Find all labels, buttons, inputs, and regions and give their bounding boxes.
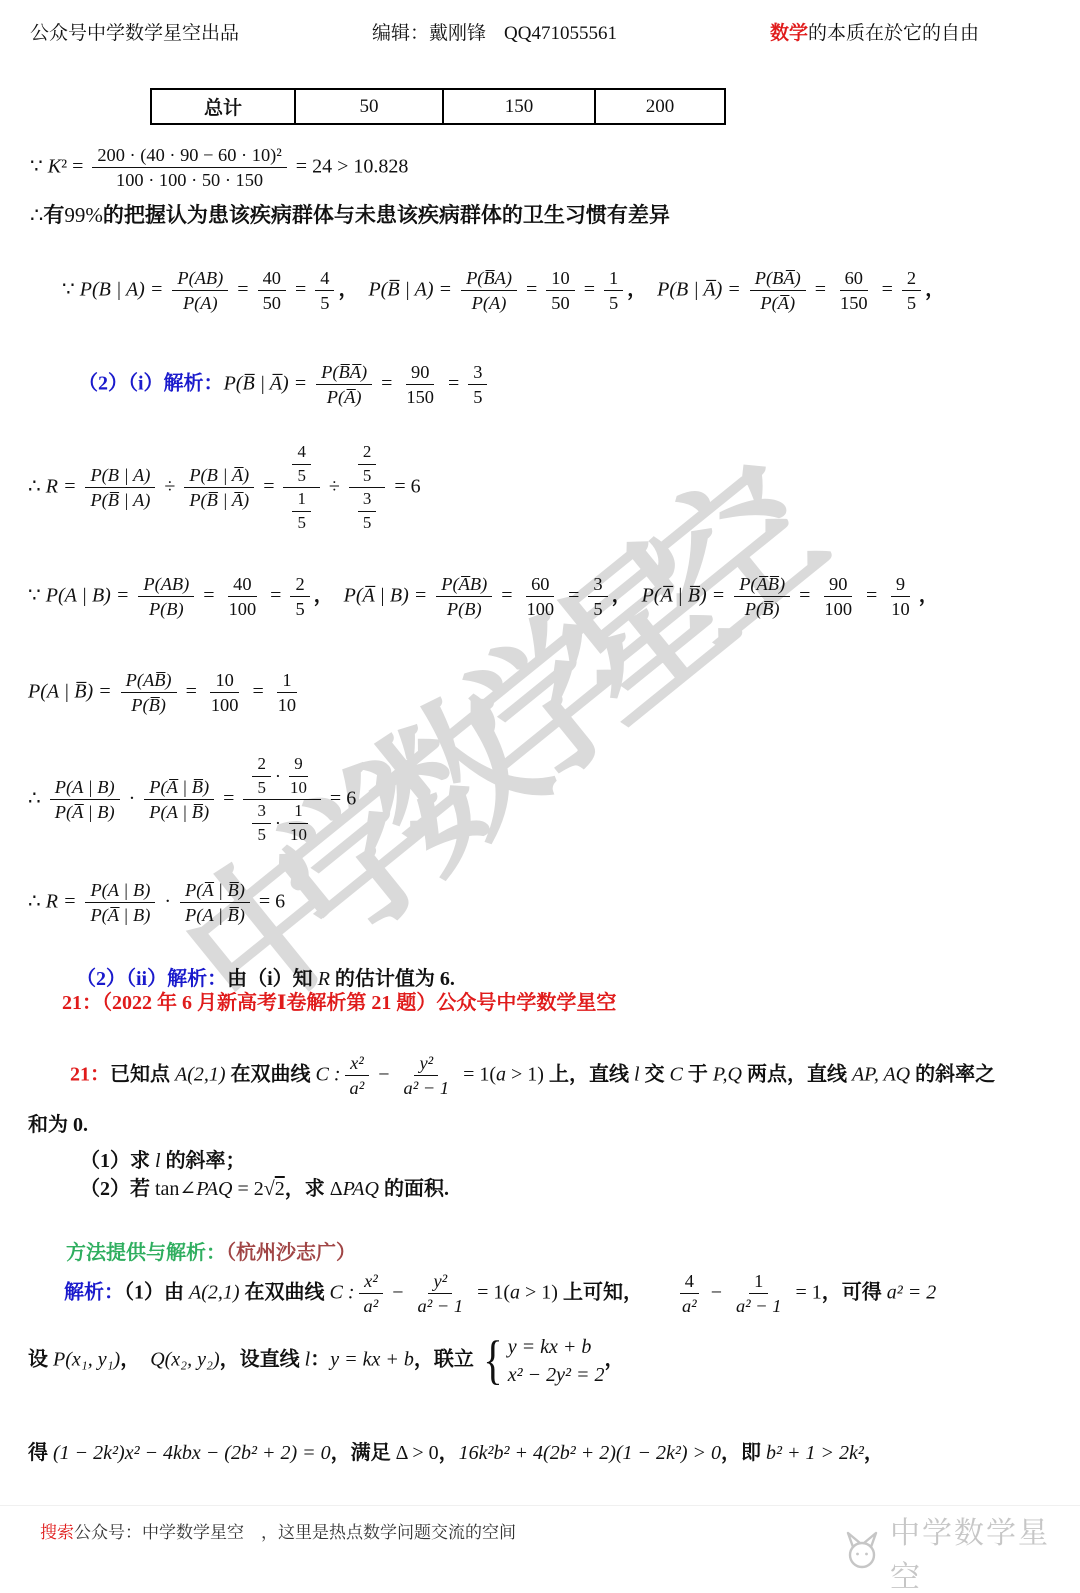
math-seg: 方法提供与解析： [66,1242,226,1264]
math-seg: P(A̅ | B̅) [185,879,245,901]
fraction: 110 [273,669,301,717]
math-seg: > 1) [520,1282,558,1304]
math-seg: a² [350,1077,365,1099]
math-seg: P(x₁, y₁) [53,1349,120,1371]
math-seg: 5 [907,292,916,314]
fraction: P(AB)P(A) [172,267,228,315]
math-seg: = 6 [389,475,420,497]
math-seg: P(B) [442,597,487,620]
math-seg: 2 [907,267,916,289]
math-seg: P(AB) [138,573,194,597]
math-seg: 5 [257,825,265,846]
math-seg: A(2,1) [189,1282,240,1304]
math-seg: 10 [285,824,312,846]
math-seg: ， [925,279,945,301]
fraction: 4515 [283,442,319,534]
math-seg: · [124,787,141,809]
math-seg: 2 [363,442,371,463]
page-footer: 搜索公众号：中学数学星空 ，这里是热点数学问题交流的空间 中学数学星空 [0,1505,1080,1593]
math-seg: P(BA̅) [750,267,806,291]
math-seg: 60 [531,573,549,595]
math-seg: P(B̅ | A̅) = [224,373,313,395]
fraction: P(AB̅)P(B̅) [121,669,177,717]
fraction: x²a² [345,1052,370,1100]
math-seg: P(A̅ | B) [50,800,120,823]
fraction: 40100 [224,573,262,621]
math-seg: ，联立 [414,1349,474,1371]
fraction: y²a² − 1 [413,1270,469,1318]
math-seg: 5 [363,466,371,487]
equation-system: {y = kx + bx² − 2y² = 2 [480,1334,605,1388]
math-seg: 3 [473,361,482,383]
motto-rest: 的本质在於它的自由 [808,23,979,44]
math-seg: 4 [685,1270,694,1292]
math-seg: ，设直线 [220,1349,305,1371]
math-seg: ， [120,1349,150,1371]
fraction: P(A̅ | B̅)P(A | B̅) [144,776,214,824]
math-seg: P(AB̅) [121,669,177,693]
math-seg: 200 · (40 · 90 − 60 · 10)² [97,144,281,166]
fraction: 910 [285,754,312,798]
math-seg: 4 [297,442,305,463]
math-seg: P(A̅ | B) [85,903,155,926]
math-seg: 于 [683,1064,713,1086]
math-seg: 2 [257,754,265,775]
math-seg: 在双曲线 [240,1282,330,1304]
fraction: 110 [285,801,312,845]
math-seg: P(B) [149,598,184,620]
math-seg: x² [364,1270,378,1292]
fraction: 45 [292,442,310,486]
math-seg: 在双曲线 [226,1064,316,1086]
math-seg: ，满足 [331,1442,396,1464]
math-seg: P(B̅) [126,693,171,716]
math-seg: P(B̅ | A) = [368,279,457,301]
math-seg: 10 [290,778,307,799]
math-seg: P(A̅B) [441,573,487,595]
fraction: 35 [588,573,607,621]
math-seg: ， [605,1349,625,1371]
math-seg: 3 [593,573,602,595]
math-seg: 4 [315,267,334,291]
math-seg: = 2√ [233,1178,275,1200]
document-page: 中学数学星空 公众号中学数学星空出品 编辑：戴刚锋QQ471055561 数学的… [0,0,1080,1593]
math-seg: = 1( [458,1064,496,1086]
math-seg: P(B̅A) [466,267,512,289]
math-seg: ， [338,279,368,301]
math-seg: 2 [252,754,270,777]
math-seg: 5 [320,292,329,314]
fraction: 4050 [258,267,286,315]
math-seg: C : [316,1064,341,1086]
fraction: 1a² − 1 [731,1270,787,1318]
footer-search-rest: 公众号：中学数学星空 ，这里是热点数学问题交流的空间 [74,1523,516,1542]
math-seg: P(A̅B) [436,573,492,597]
math-seg: 150 [401,385,439,408]
footer-search-red: 搜索 [40,1523,74,1542]
fraction: 25 [358,442,376,486]
math-seg: ， [314,585,344,607]
solution-setup-system: 设 P(x₁, y₁)， Q(x₂, y₂)，设直线 l：y = kx + b，… [28,1334,625,1388]
math-seg: = [181,681,202,703]
math-seg: (1 − 2k²)x² − 4kbx − (2b² + 2) = 0 [53,1442,331,1464]
math-seg: = [810,279,831,301]
math-seg: P(B̅) [740,597,785,620]
math-seg: 100 [224,597,262,620]
system-row: y = kx + b [508,1334,605,1360]
fraction: 25 [252,754,270,798]
math-seg: a² [359,1294,384,1317]
math-seg: P(AB̅) [126,669,172,691]
math-seg: 5 [363,513,371,534]
fraction: 200 · (40 · 90 − 60 · 10)²100 · 100 · 50… [92,144,286,192]
math-seg: y = kx + bx² − 2y² = 2 [508,1334,605,1388]
fraction: 25 [290,573,309,621]
system-row: x² − 2y² = 2 [508,1362,605,1388]
math-seg: P(B | A) [85,464,155,488]
math-seg: 150 [835,291,873,314]
math-seg: （1）求 [80,1150,155,1172]
question-part-1: （1）求 l 的斜率； [80,1148,246,1174]
math-seg: P(A | B) [90,879,150,901]
math-seg: y² [428,1270,452,1294]
math-seg: 2 [290,573,309,597]
math-seg: 5 [609,292,618,314]
math-seg: ： [310,1349,330,1371]
formula-r-equals-6: ∴ R = P(A | B)P(A̅ | B) · P(A̅ | B̅)P(A … [28,879,285,927]
math-seg: a² [345,1076,370,1099]
math-seg: P,Q [713,1064,742,1086]
solution-quadratic-line: 得 (1 − 2k²)x² − 4kbx − (2b² + 2) = 0，满足 … [28,1440,884,1466]
fraction: x²a² [359,1270,384,1318]
math-seg: K [48,156,61,178]
math-seg: 100 [206,693,244,716]
math-seg: 有 [43,203,64,227]
math-seg: P(A̅ | B) [90,904,150,926]
math-seg: 60 [840,267,868,291]
math-seg: P(A | B̅) = [28,681,117,703]
math-seg: 100 · 100 · 50 · 150 [116,169,263,191]
fraction: 910 [886,573,914,621]
math-seg: 和为 [28,1114,73,1136]
math-seg: P(A̅ | B̅) = [642,585,731,607]
table-cell-col2: 150 [442,90,594,123]
math-seg: C [670,1064,683,1086]
math-seg: a² [677,1294,702,1317]
math-seg: 21：（2022 年 6 月新高考Ⅰ卷解析第 21 题）公众号中学数学星空 [62,992,616,1014]
fraction: P(A̅B)P(B) [436,573,492,621]
fraction: 45 [315,267,334,315]
math-seg: a² − 1 [413,1294,469,1317]
solution-part-1: 解析：（1）由 A(2,1) 在双曲线 C :x²a² − y²a² − 1 =… [64,1270,936,1318]
math-seg: P(B | A̅) = [657,279,746,301]
math-seg: 3 [358,489,376,512]
math-seg: 90 [411,361,429,383]
math-seg: a² − 1 [418,1295,464,1317]
brand-logo: 中学数学星空 [838,1508,1080,1593]
editor-qq: QQ471055561 [504,23,617,44]
math-seg: 两点，直线 [742,1064,852,1086]
math-seg: P(A̅) [760,292,795,314]
left-brace: { [483,1338,502,1384]
math-seg: 90 [406,361,434,385]
math-seg: 100 · 100 · 50 · 150 [111,168,268,191]
math-seg: P(A | B̅) [185,904,245,926]
math-seg: 5 [297,466,305,487]
math-seg: P(AB) [143,573,189,595]
math-seg: 1 [289,801,307,824]
math-seg: 得 [28,1442,53,1464]
math-seg: 50 [258,291,286,314]
fraction: 10100 [206,669,244,717]
fraction: 25 · 91035 · 110 [243,754,320,846]
math-seg: P(A̅ | B) = [344,585,433,607]
conclusion-99-percent: ∴有99%的把握认为患该疾病群体与未患该疾病群体的卫生习惯有差异 [30,202,670,229]
math-seg: 5 [902,291,921,314]
math-seg: 100 [824,598,852,620]
math-seg: = 24 > 10.828 [291,156,409,178]
math-seg: x² [359,1270,383,1294]
fraction: P(B̅A̅)P(A̅) [316,361,372,409]
math-seg: 10 [273,693,301,716]
math-seg: y = kx + b [508,1336,592,1358]
math-seg: P(A̅) [327,386,362,408]
fraction: P(A̅ | B̅)P(A | B̅) [180,879,250,927]
math-seg: 5 [295,598,304,620]
math-seg: 10 [210,669,238,693]
math-seg: PAQ [196,1178,232,1200]
math-seg: 3 [257,801,265,822]
math-seg: 的斜率； [161,1150,246,1172]
fraction: 35 [468,361,487,409]
math-seg: 1 [609,267,618,289]
math-seg: P(B̅A̅) [321,361,367,383]
math-seg: 10 [290,825,307,846]
math-seg: P(A̅) [755,291,800,314]
math-seg: = 1( [472,1282,510,1304]
logo-text: 中学数学星空 [890,1508,1080,1593]
math-seg: 解析： [64,1282,124,1304]
math-seg: 5 [297,513,305,534]
math-seg: = [376,373,397,395]
math-seg: ∵ [62,279,80,301]
math-seg: · [275,765,281,787]
fraction: 4a² [677,1270,702,1318]
math-seg: ，可得 [822,1282,887,1304]
math-seg: a² [682,1295,697,1317]
math-seg: 3 [468,361,487,385]
fraction: P(B̅A)P(A) [461,267,517,315]
math-seg: 35 [349,488,385,533]
math-seg: ∴ [28,787,46,809]
math-seg: ，求 [285,1178,330,1200]
math-seg: 上，直线 [544,1064,634,1086]
math-seg: 9 [891,573,910,597]
math-seg: P(A | B) = [46,585,135,607]
math-seg: P(A̅ | B̅) [149,776,209,798]
math-seg: y² [419,1052,433,1074]
math-seg: = [877,279,898,301]
math-seg: = [443,373,464,395]
math-seg: 40 [258,267,286,291]
math-seg: 1 [754,1270,763,1292]
math-seg: 1 [282,669,291,691]
footer-search-line: 搜索公众号：中学数学星空 ，这里是热点数学问题交流的空间 [40,1518,516,1543]
math-seg: 25 · 910 [243,754,320,800]
math-seg: A(2,1) [175,1064,226,1086]
math-seg: P(A) [178,291,223,314]
math-seg: 5 [358,512,376,534]
math-seg [633,1282,673,1304]
math-seg: 5 [473,386,482,408]
math-seg: = [563,585,584,607]
math-seg: 3 [363,489,371,510]
math-seg: P(B | A̅) [184,464,254,488]
math-seg: 5 [290,597,309,620]
fraction: 35 [252,801,270,845]
math-seg: = [247,681,268,703]
math-seg: a² − 1 [731,1294,787,1317]
math-seg: 40 [233,573,251,595]
math-seg: a² − 1 [399,1076,455,1099]
math-seg: 50 [551,292,569,314]
math-seg: 5 [252,777,270,799]
math-seg: x² [350,1052,364,1074]
math-seg: P(A | B) [85,879,155,903]
math-seg: P(B̅A̅) [316,361,372,385]
math-seg: ∴ [28,891,46,913]
method-provider: 方法提供与解析：（杭州沙志广） [66,1240,356,1266]
math-seg: P(A | B̅) [144,800,214,823]
math-seg: AP, AQ [852,1064,910,1086]
math-seg: P(A) [183,292,218,314]
math-seg: 40 [263,267,281,289]
math-seg: P(B̅ | A̅) [184,488,254,511]
math-seg: a [510,1282,520,1304]
math-seg: 5 [604,291,623,314]
math-seg: P(A | B) [55,776,115,798]
math-seg: b² + 1 > 2k² [766,1442,864,1464]
math-seg: P(B) [447,598,482,620]
fraction: y²a² − 1 [399,1052,455,1100]
math-seg: 5 [468,385,487,408]
math-seg: a² [364,1295,379,1317]
math-seg: 5 [588,597,607,620]
fraction: 60150 [835,267,873,315]
math-seg: 的把握认为患该疾病群体与未患该疾病群体的卫生习惯有差异 [103,203,670,227]
math-seg: 9 [896,573,905,595]
math-seg: 50 [546,291,574,314]
math-seg: 上可知， [558,1282,633,1304]
math-seg: P(B̅ | A̅) [189,489,249,511]
math-seg: P(B̅A) [461,267,517,291]
math-seg: = 6 [325,787,356,809]
math-seg: 由（i）知 [227,968,318,990]
math-seg: 6. [440,968,455,990]
math-seg: （1）由 [124,1282,189,1304]
math-seg: （2）（ii）解析： [76,968,227,990]
math-seg: P(A̅B̅) [734,573,790,597]
math-seg: = [258,475,279,497]
math-seg: = [521,279,542,301]
math-seg: P(A̅ | B̅) [180,879,250,903]
math-seg: 90 [829,573,847,595]
math-seg: P(A) [467,291,512,314]
math-seg: 4 [680,1270,699,1294]
math-seg: 3 [252,801,270,824]
math-seg: 的斜率之 [910,1064,995,1086]
math-seg: 99% [64,203,103,227]
math-seg: 100 [211,694,239,716]
formula-prob-given-b: ∵ P(A | B) = P(AB)P(B) = 40100 = 25， P(A… [28,573,939,621]
math-seg: ∵ [30,156,48,178]
math-seg: 5 [358,465,376,487]
fraction: 25 [902,267,921,315]
math-seg: PAQ [343,1178,379,1200]
math-seg: 0. [73,1114,88,1136]
math-seg: 10 [886,597,914,620]
problem-21-source: 21：（2022 年 6 月新高考Ⅰ卷解析第 21 题）公众号中学数学星空 [62,990,616,1016]
math-seg: 1 [604,267,623,291]
table-cell-total-label: 总计 [152,90,294,123]
math-seg: = [579,279,600,301]
math-seg: 的面积. [379,1178,449,1200]
fraction: P(B | A)P(B̅ | A) [85,464,155,512]
math-seg: P(B̅ | A) [90,489,150,511]
math-seg: P(B | A̅) [189,464,249,486]
math-seg: 5 [292,512,310,534]
question-part-2: （2）若 tan∠PAQ = 2√2，求 ΔPAQ 的面积. [80,1176,449,1202]
math-seg: R = [46,891,82,913]
math-seg: 100 [819,597,857,620]
math-seg: P(B̅ | A) [85,488,155,511]
math-seg: 交 [640,1064,670,1086]
problem-21-statement: 21：已知点 A(2,1) 在双曲线 C :x²a² − y²a² − 1 = … [70,1052,995,1100]
math-seg: ， [612,585,642,607]
fraction: P(B | A̅)P(B̅ | A̅) [184,464,254,512]
math-seg: 的估计值为 [330,968,440,990]
math-seg: 25 [349,442,385,488]
math-seg: 15 [283,488,319,533]
math-seg: y² [433,1270,447,1292]
math-seg: 5 [252,824,270,846]
math-seg: P(BA̅) [755,267,801,289]
header-motto: 数学的本质在於它的自由 [770,18,979,45]
math-seg: 10 [215,669,233,691]
contingency-table-total-row: 总计 50 150 200 [150,88,726,125]
math-seg: 1 [749,1270,768,1294]
math-seg: P(A | B) [50,776,120,800]
math-seg: 60 [845,267,863,289]
math-seg: P(A | B̅) [149,801,209,823]
math-seg: ，即 [721,1442,766,1464]
math-seg: P(AB) [172,267,228,291]
problem-21-continuation: 和为 0. [28,1112,88,1138]
math-seg: ² = [61,156,88,178]
formula-product-ratio: ∴ P(A | B)P(A̅ | B) · P(A̅ | B̅)P(A | B̅… [28,754,356,846]
math-seg: P(B | A) = [80,279,169,301]
math-seg: · [159,891,176,913]
math-seg: 2 [295,573,304,595]
math-seg: 100 [229,598,257,620]
fraction: 35 [358,489,376,533]
fraction: P(BA̅)P(A̅) [750,267,806,315]
math-seg: = [218,787,239,809]
math-seg: 5 [257,778,265,799]
math-seg: P(B̅) [131,694,166,716]
math-seg: ， [627,279,657,301]
math-seg: P(A | B̅) [180,903,250,926]
